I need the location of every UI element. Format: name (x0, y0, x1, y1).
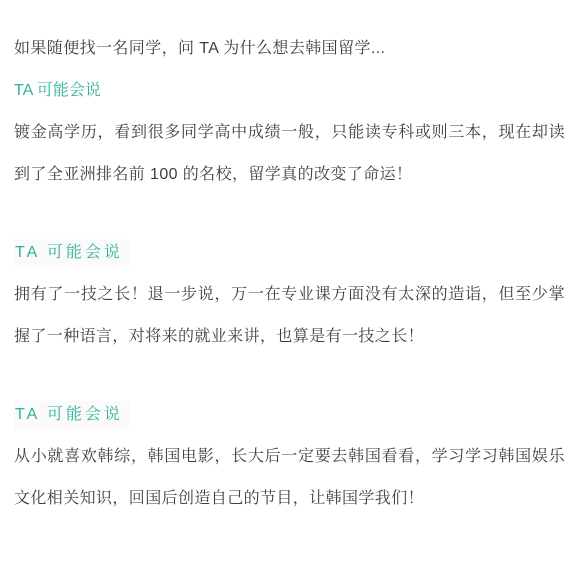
section-paragraph-2: 拥有了一技之长！退一步说，万一在专业课方面没有太深的造诣，但至少掌握了一种语言，… (14, 274, 565, 358)
section-heading-2-label: TA 可能会说 (14, 239, 129, 267)
section-heading-3-label: TA 可能会说 (14, 401, 129, 429)
section-paragraph-3: 从小就喜欢韩综，韩国电影，长大后一定要去韩国看看，学习学习韩国娱乐文化相关知识，… (14, 436, 565, 520)
spacer (14, 358, 565, 394)
section-heading-2: TA 可能会说 (14, 232, 565, 274)
section-heading-1-label: TA 可能会说 (14, 79, 101, 103)
spacer (14, 196, 565, 232)
intro-text: 如果随便找一名同学，问 TA 为什么想去韩国留学... (14, 28, 565, 70)
section-heading-3: TA 可能会说 (14, 394, 565, 436)
article-body: 如果随便找一名同学，问 TA 为什么想去韩国留学... TA 可能会说 镀金高学… (0, 0, 579, 520)
section-heading-1: TA 可能会说 (14, 70, 565, 112)
section-paragraph-1: 镀金高学历，看到很多同学高中成绩一般，只能读专科或则三本，现在却读到了全亚洲排名… (14, 112, 565, 196)
